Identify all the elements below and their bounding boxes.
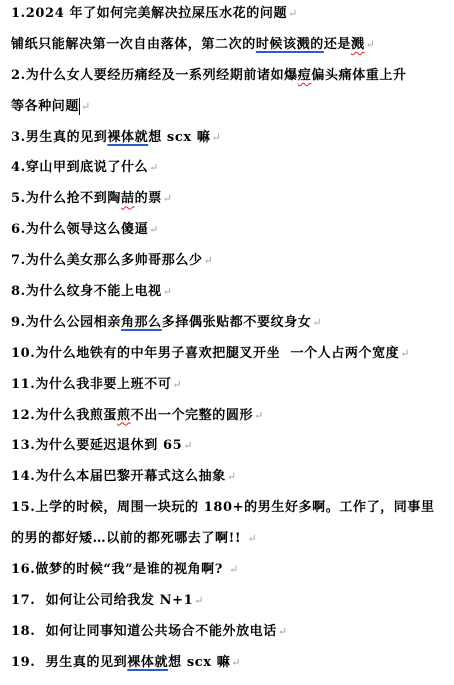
paragraph-mark-icon: ↵ bbox=[254, 409, 264, 422]
line-text: 多择偶张贴都不要纹身女 bbox=[162, 315, 312, 330]
line-text: 不出一个完整的圆形 bbox=[131, 408, 253, 423]
line-text: 的男的都好矮…以前的都死哪去了啊!! bbox=[11, 531, 246, 546]
line-text: 1.2024 年了如何完美解决拉屎压水花的问题 bbox=[11, 6, 287, 21]
document-line-16[interactable]: 14.为什么本届巴黎开幕式这么抽象↵ bbox=[11, 462, 451, 493]
line-text: 想 scx 嘛 bbox=[168, 655, 230, 670]
document-line-9[interactable]: 7.为什么美女那么多帅哥那么少↵ bbox=[11, 246, 451, 277]
paragraph-mark-icon: ↵ bbox=[247, 532, 257, 545]
paragraph-mark-icon: ↵ bbox=[194, 594, 204, 607]
line-text: 2.为什么女人要经历痛经及一系列经期前诸如爆 bbox=[11, 68, 298, 83]
line-text: 14.为什么本届巴黎开幕式这么抽象 bbox=[11, 469, 226, 484]
paragraph-mark-icon: ↵ bbox=[400, 347, 410, 360]
line-text: 12.为什么我煎蛋 bbox=[11, 408, 117, 423]
paragraph-mark-icon: ↵ bbox=[278, 625, 288, 638]
line-text: 还是 bbox=[324, 37, 351, 52]
paragraph-mark-icon: ↵ bbox=[163, 285, 173, 298]
line-text: 的票 bbox=[135, 191, 162, 206]
grammar-flagged-text[interactable]: 角那么 bbox=[121, 315, 162, 330]
document-line-13[interactable]: 11.为什么我非要上班不可↵ bbox=[11, 370, 451, 401]
paragraph-mark-icon: ↵ bbox=[211, 131, 221, 144]
paragraph-mark-icon: ↵ bbox=[229, 563, 239, 576]
document-line-5[interactable]: 3.男生真的见到裸体就想 scx 嘛↵ bbox=[11, 123, 451, 154]
paragraph-mark-icon: ↵ bbox=[163, 192, 173, 205]
grammar-flagged-text[interactable]: 裸体就 bbox=[107, 130, 148, 145]
paragraph-mark-icon: ↵ bbox=[231, 656, 241, 669]
line-text: 6.为什么领导这么傻逼 bbox=[11, 222, 148, 237]
line-text: 11.为什么我非要上班不可 bbox=[11, 377, 171, 392]
document-line-4[interactable]: 等各种问题↵ bbox=[11, 92, 451, 123]
line-text: 17. 如何让公司给我发 N+1 bbox=[11, 593, 193, 608]
document-line-21[interactable]: 18. 如何让同事知道公共场合不能外放电话↵ bbox=[11, 617, 451, 648]
document-line-6[interactable]: 4.穿山甲到底说了什么↵ bbox=[11, 153, 451, 184]
document-line-12[interactable]: 10.为什么地铁有的中年男子喜欢把腿叉开坐 一个人占两个宽度↵ bbox=[11, 339, 451, 370]
line-text: 16.做梦的时候“我”是谁的视角啊? bbox=[11, 562, 228, 577]
paragraph-mark-icon: ↵ bbox=[227, 470, 237, 483]
document-body[interactable]: 1.2024 年了如何完美解决拉屎压水花的问题↵ 铺纸只能解决第一次自由落体，第… bbox=[11, 0, 451, 679]
document-line-7[interactable]: 5.为什么抢不到陶喆的票↵ bbox=[11, 184, 451, 215]
line-text: 想 scx 嘛 bbox=[148, 130, 210, 145]
spelling-flagged-text[interactable]: 溅 bbox=[351, 37, 365, 52]
paragraph-mark-icon: ↵ bbox=[204, 254, 214, 267]
paragraph-mark-icon: ↵ bbox=[149, 223, 159, 236]
line-text: 9.为什么公园相亲 bbox=[11, 315, 121, 330]
paragraph-mark-icon: ↵ bbox=[312, 316, 322, 329]
spelling-flagged-text[interactable]: 喆 bbox=[121, 191, 135, 206]
spelling-flagged-text[interactable]: 煎 bbox=[117, 408, 131, 423]
grammar-flagged-text[interactable]: 时候该溅的 bbox=[256, 37, 324, 52]
line-text: 3.男生真的见到 bbox=[11, 130, 107, 145]
grammar-flagged-text[interactable]: 裸体就 bbox=[127, 655, 168, 670]
document-line-19[interactable]: 16.做梦的时候“我”是谁的视角啊? ↵ bbox=[11, 555, 451, 586]
paragraph-mark-icon: ↵ bbox=[183, 439, 193, 452]
document-line-3[interactable]: 2.为什么女人要经历痛经及一系列经期前诸如爆痘偏头痛体重上升 bbox=[11, 61, 451, 92]
paragraph-mark-icon: ↵ bbox=[366, 38, 376, 51]
document-line-20[interactable]: 17. 如何让公司给我发 N+1↵ bbox=[11, 586, 451, 617]
paragraph-mark-icon: ↵ bbox=[149, 161, 159, 174]
line-text: 15.上学的时候，周围一块玩的 180+的男生好多啊。工作了，同事里 bbox=[11, 500, 435, 515]
line-text: 13.为什么要延迟退休到 65 bbox=[11, 438, 182, 453]
spelling-flagged-text[interactable]: 痘 bbox=[298, 68, 312, 83]
document-line-2[interactable]: 铺纸只能解决第一次自由落体，第二次的时候该溅的还是溅↵ bbox=[11, 30, 451, 61]
document-line-17[interactable]: 15.上学的时候，周围一块玩的 180+的男生好多啊。工作了，同事里 bbox=[11, 493, 451, 524]
document-line-15[interactable]: 13.为什么要延迟退休到 65↵ bbox=[11, 431, 451, 462]
paragraph-mark-icon: ↵ bbox=[288, 7, 298, 20]
line-text: 18. 如何让同事知道公共场合不能外放电话 bbox=[11, 624, 277, 639]
document-line-11[interactable]: 9.为什么公园相亲角那么多择偶张贴都不要纹身女↵ bbox=[11, 308, 451, 339]
line-text: 等各种问题 bbox=[11, 99, 79, 114]
text-cursor bbox=[79, 98, 80, 115]
line-text: 19. 男生真的见到 bbox=[11, 655, 127, 670]
paragraph-mark-icon: ↵ bbox=[81, 100, 91, 113]
document-line-1[interactable]: 1.2024 年了如何完美解决拉屎压水花的问题↵ bbox=[11, 0, 451, 30]
document-line-10[interactable]: 8.为什么纹身不能上电视↵ bbox=[11, 277, 451, 308]
document-line-14[interactable]: 12.为什么我煎蛋煎不出一个完整的圆形↵ bbox=[11, 401, 451, 432]
document-line-8[interactable]: 6.为什么领导这么傻逼↵ bbox=[11, 215, 451, 246]
line-text: 8.为什么纹身不能上电视 bbox=[11, 284, 162, 299]
line-text: 10.为什么地铁有的中年男子喜欢把腿叉开坐 一个人占两个宽度 bbox=[11, 346, 399, 361]
document-line-18[interactable]: 的男的都好矮…以前的都死哪去了啊!! ↵ bbox=[11, 524, 451, 555]
line-text: 5.为什么抢不到陶 bbox=[11, 191, 121, 206]
line-text: 铺纸只能解决第一次自由落体，第二次的 bbox=[11, 37, 256, 52]
line-text: 4.穿山甲到底说了什么 bbox=[11, 160, 148, 175]
line-text: 偏头痛体重上升 bbox=[311, 68, 406, 83]
line-text: 7.为什么美女那么多帅哥那么少 bbox=[11, 253, 203, 268]
document-line-22[interactable]: 19. 男生真的见到裸体就想 scx 嘛↵ bbox=[11, 648, 451, 679]
paragraph-mark-icon: ↵ bbox=[172, 378, 182, 391]
